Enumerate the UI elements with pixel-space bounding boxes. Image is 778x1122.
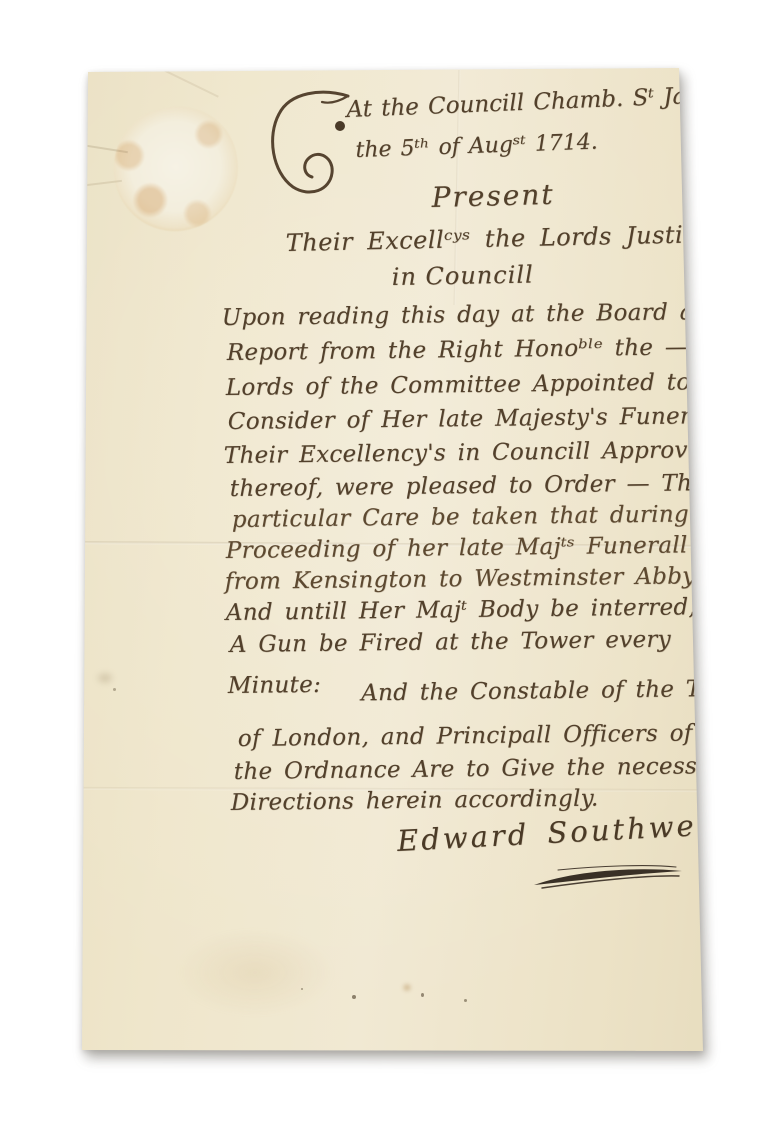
body-line: Directions herein accordingly. [231, 787, 599, 817]
body-line: Upon reading this day at the Board a — [222, 300, 729, 331]
body-line-continuation: And the Constable of the Tower [361, 677, 759, 707]
body-line: Their Excellency's in Councill Approving [224, 438, 726, 469]
body-line: Report from the Right Honoᵇˡᵉ the — [227, 335, 689, 366]
body-line: A Gun be Fired at the Tower every [230, 628, 671, 659]
document-photo: At the Councill Chamb. Sᵗ James's the 5ᵗ… [0, 0, 778, 1122]
body-line: Lords of the Committee Appointed to — [226, 370, 726, 401]
body-line: And untill Her Majᵗ Body be interred, — [226, 595, 731, 626]
body-line: the Ordnance Are to Give the necessary [234, 754, 736, 785]
minute-label: Minute: [228, 672, 322, 699]
body-line: particular Care be taken that during the [232, 502, 740, 533]
body-line: from Kensington to Westminster Abby, [225, 564, 701, 595]
manuscript-text: At the Councill Chamb. Sᵗ James's the 5ᵗ… [0, 0, 778, 1122]
manuscript-page: At the Councill Chamb. Sᵗ James's the 5ᵗ… [0, 0, 778, 1122]
signature-underline-flourish [528, 864, 688, 892]
body-line: Consider of Her late Majesty's Funerall, [228, 404, 729, 435]
body-line: of London, and Principall Officers of [238, 721, 693, 752]
heading-attendees-line: in Councill [392, 262, 534, 291]
body-line: thereof, were pleased to Order — That [230, 471, 716, 502]
photo-background: At the Councill Chamb. Sᵗ James's the 5ᵗ… [0, 0, 778, 1122]
body-line: Minute:And the Constable of the Tower [228, 668, 759, 700]
edge-nick [693, 541, 704, 554]
heading-place-line: At the Councill Chamb. Sᵗ James's [346, 82, 752, 124]
heading-date-line: the 5ᵗʰ of Augˢᵗ 1714. [355, 131, 598, 164]
heading-present-label: Present [431, 180, 555, 214]
signature: Edward Southwell [396, 809, 722, 858]
heading-attendees-line: Their Excellᶜʸˢ the Lords Justices [285, 221, 724, 257]
body-line: Proceeding of her late Majᵗˢ Funerall — [226, 533, 723, 564]
